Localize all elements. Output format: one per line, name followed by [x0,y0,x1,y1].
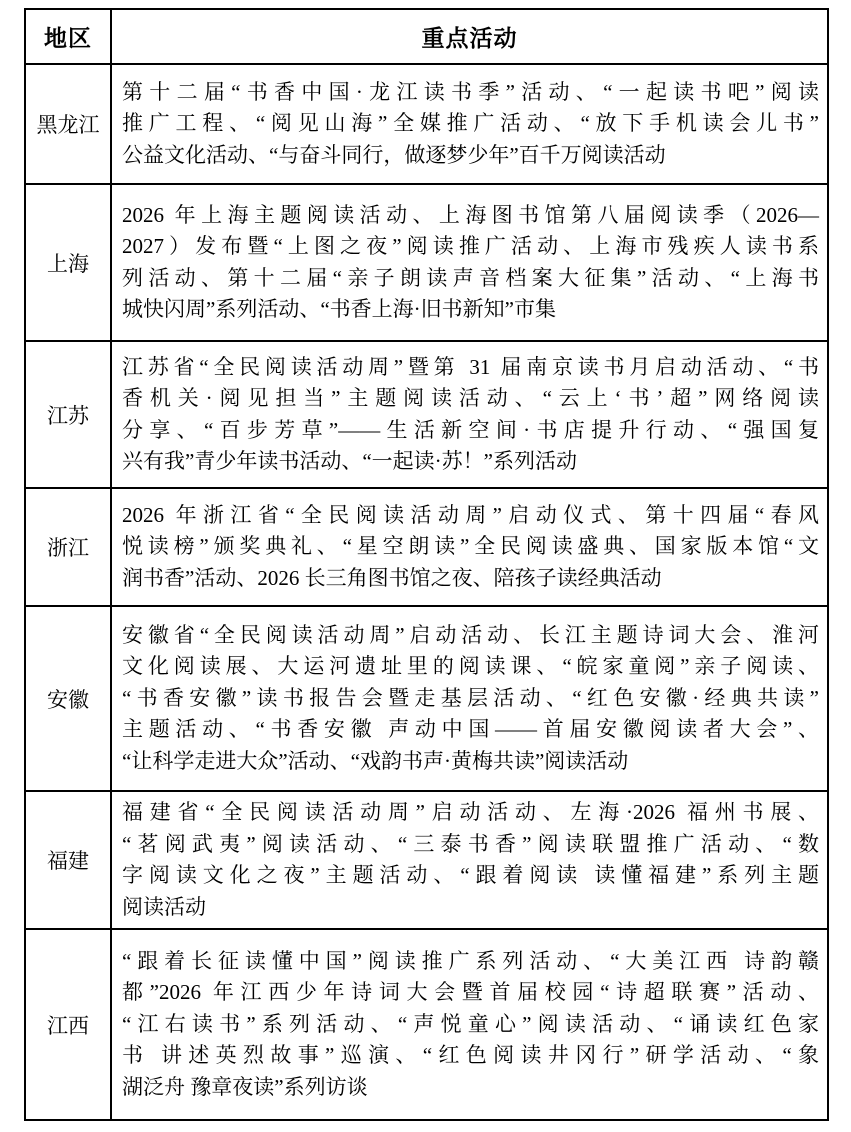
activity-line: 福建省“全民阅读活动周”启动活动、左海·2026 福州书展、 [122,797,819,829]
table-row-anhui: 安徽 安徽省“全民阅读活动周”启动活动、长江主题诗词大会、淮河 文化阅读展、大运… [25,606,828,791]
activity-line: 文化阅读展、大运河遗址里的阅读课、“皖家童阅”亲子阅读、 [122,651,819,683]
activities-cell: 福建省“全民阅读活动周”启动活动、左海·2026 福州书展、 “茗阅武夷”阅读活… [111,791,828,929]
region-label: 江西 [25,929,111,1120]
table-row-jiangsu: 江苏 江苏省“全民阅读活动周”暨第 31 届南京读书月启动活动、“书 香机关·阅… [25,341,828,488]
activity-line: 江苏省“全民阅读活动周”暨第 31 届南京读书月启动活动、“书 [122,352,819,384]
activity-line: 2026 年浙江省“全民阅读活动周”启动仪式、第十四届“春风 [122,500,819,532]
table-row-jiangxi: 江西 “跟着长征读懂中国”阅读推广系列活动、“大美江西 诗韵赣 都”2026 年… [25,929,828,1120]
region-label: 浙江 [25,488,111,606]
activities-cell: 2026 年上海主题阅读活动、上海图书馆第八届阅读季（2026— 2027）发布… [111,184,828,341]
header-cell-activities: 重点活动 [111,9,828,64]
activity-line: 城快闪周”系列活动、“书香上海·旧书新知”市集 [122,294,819,326]
activity-line: 阅读活动 [122,892,819,924]
activity-line: 主题活动、“书香安徽 声动中国——首届安徽阅读者大会”、 [122,714,819,746]
table-row-shanghai: 上海 2026 年上海主题阅读活动、上海图书馆第八届阅读季（2026— 2027… [25,184,828,341]
table-row-zhejiang: 浙江 2026 年浙江省“全民阅读活动周”启动仪式、第十四届“春风 悦读榜”颁奖… [25,488,828,606]
activity-line: 列活动、第十二届“亲子朗读声音档案大征集”活动、“上海书 [122,263,819,295]
region-label: 福建 [25,791,111,929]
activity-line: “书香安徽”读书报告会暨走基层活动、“红色安徽·经典共读” [122,683,819,715]
activity-line: 兴有我”青少年读书活动、“一起读·苏！”系列活动 [122,446,819,478]
activity-line: 分享、“百步芳草”——生活新空间·书店提升行动、“强国复 [122,415,819,447]
activity-line: 香机关·阅见担当”主题阅读活动、“云上‘书’超”网络阅读 [122,383,819,415]
table-row-heilongjiang: 黑龙江 第十二届“书香中国·龙江读书季”活动、“一起读书吧”阅读 推广工程、“阅… [25,64,828,184]
activity-line: “跟着长征读懂中国”阅读推广系列活动、“大美江西 诗韵赣 [122,946,819,978]
activity-line: 公益文化活动、“与奋斗同行，做逐梦少年”百千万阅读活动 [122,140,819,172]
document-page: 地区 重点活动 黑龙江 第十二届“书香中国·龙江读书季”活动、“一起读书吧”阅读… [0,0,851,1132]
activity-line: 润书香”活动、2026 长三角图书馆之夜、陪孩子读经典活动 [122,563,819,595]
activity-line: 推广工程、“阅见山海”全媒推广活动、“放下手机读会儿书” [122,108,819,140]
region-label: 江苏 [25,341,111,488]
activity-line: 书 讲述英烈故事”巡演、“红色阅读井冈行”研学活动、“象 [122,1040,819,1072]
activity-line: 都”2026 年江西少年诗词大会暨首届校园“诗超联赛”活动、 [122,977,819,1009]
region-label: 上海 [25,184,111,341]
activity-line: 2026 年上海主题阅读活动、上海图书馆第八届阅读季（2026— [122,200,819,232]
activities-cell: 2026 年浙江省“全民阅读活动周”启动仪式、第十四届“春风 悦读榜”颁奖典礼、… [111,488,828,606]
header-cell-region: 地区 [25,9,111,64]
activity-line: 安徽省“全民阅读活动周”启动活动、长江主题诗词大会、淮河 [122,620,819,652]
activity-line: 2027）发布暨“上图之夜”阅读推广活动、上海市残疾人读书系 [122,231,819,263]
activity-line: “让科学走进大众”活动、“戏韵书声·黄梅共读”阅读活动 [122,746,819,778]
activity-line: “茗阅武夷”阅读活动、“三泰书香”阅读联盟推广活动、“数 [122,829,819,861]
region-label: 黑龙江 [25,64,111,184]
activities-cell: 安徽省“全民阅读活动周”启动活动、长江主题诗词大会、淮河 文化阅读展、大运河遗址… [111,606,828,791]
activities-cell: “跟着长征读懂中国”阅读推广系列活动、“大美江西 诗韵赣 都”2026 年江西少… [111,929,828,1120]
reading-activities-table: 地区 重点活动 黑龙江 第十二届“书香中国·龙江读书季”活动、“一起读书吧”阅读… [24,8,829,1121]
activity-line: 第十二届“书香中国·龙江读书季”活动、“一起读书吧”阅读 [122,77,819,109]
table-header-row: 地区 重点活动 [25,9,828,64]
activity-line: 悦读榜”颁奖典礼、“星空朗读”全民阅读盛典、国家版本馆“文 [122,531,819,563]
activity-line: 字阅读文化之夜”主题活动、“跟着阅读 读懂福建”系列主题 [122,860,819,892]
region-label: 安徽 [25,606,111,791]
activity-line: 湖泛舟 豫章夜读”系列访谈 [122,1072,819,1104]
activities-cell: 第十二届“书香中国·龙江读书季”活动、“一起读书吧”阅读 推广工程、“阅见山海”… [111,64,828,184]
table-row-fujian: 福建 福建省“全民阅读活动周”启动活动、左海·2026 福州书展、 “茗阅武夷”… [25,791,828,929]
activity-line: “江右读书”系列活动、“声悦童心”阅读活动、“诵读红色家 [122,1009,819,1041]
activities-cell: 江苏省“全民阅读活动周”暨第 31 届南京读书月启动活动、“书 香机关·阅见担当… [111,341,828,488]
